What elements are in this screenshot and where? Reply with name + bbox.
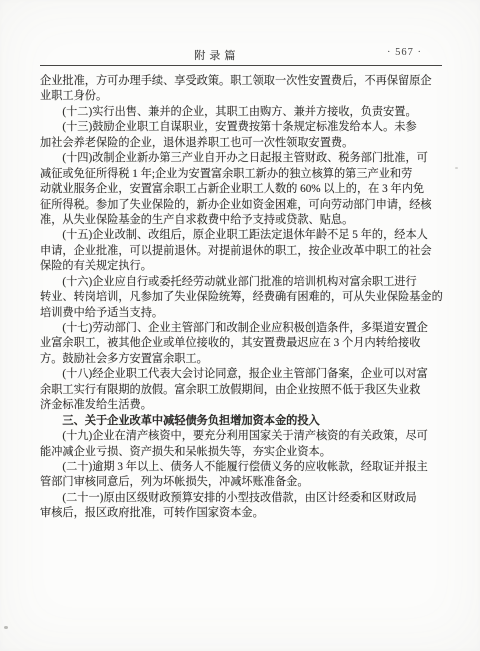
scan-speckle bbox=[455, 167, 458, 169]
text-line: 申请，企业批准，可以提前退休。对提前退休的职工，按企业改革中职工的社会 bbox=[40, 244, 442, 259]
text-line: (二十)逾期 3 年以上、债务人不能履行偿债义务的应收帐款，经取证并报主 bbox=[40, 460, 442, 475]
text-line: (十六)企业应自行或委托经劳动就业部门批准的培训机构对富余职工进行 bbox=[40, 275, 442, 290]
text-line: 转业、转岗培训，凡参加了失业保险统筹，经费确有困难的，可从失业保险基金的 bbox=[40, 290, 442, 305]
text-line: (二十一)原由区级财政预算安排的小型技改借款，由区计经委和区财政局 bbox=[40, 491, 442, 506]
scan-speckle bbox=[4, 626, 8, 629]
text-line: (十四)改制企业新办第三产业自开办之日起报主管财政、税务部门批准，可 bbox=[40, 151, 442, 166]
text-line: (十三)鼓励企业职工自谋职业，安置费按第十条规定标准发给本人。未参 bbox=[40, 120, 442, 135]
text-line: (十二)实行出售、兼并的企业，其职工由购方、兼并方接收，负责安置。 bbox=[40, 105, 442, 120]
text-line: 培训费中给予适当支持。 bbox=[40, 306, 442, 321]
text-line: (十八)经企业职工代表大会讨论同意，报企业主管部门备案，企业可以对富 bbox=[40, 367, 442, 382]
text-line: 征所得税。参加了失业保险的，新办企业如资金困难，可向劳动部门申请，经核 bbox=[40, 198, 442, 213]
text-line: 审核后，报区政府批准，可转作国家资本金。 bbox=[40, 506, 442, 521]
text-line: (十七)劳动部门、企业主管部门和改制企业应积极创造条件，多渠道安置企 bbox=[40, 321, 442, 336]
text-line: 能冲减企业亏损、资产损失和呆帐损失等，夯实企业资本。 bbox=[40, 445, 442, 460]
page-number: · 567 · bbox=[387, 47, 422, 58]
text-line: 保险的有关规定执行。 bbox=[40, 259, 442, 274]
page-content: 附录篇 · 567 · 企业批准，方可办理手续、享受政策。职工领取一次性安置费后… bbox=[40, 47, 442, 522]
text-line: (十五)企业改制、改组后，原企业职工距法定退休年龄不足 5 年的，经本人 bbox=[40, 228, 442, 243]
text-line: 三、关于企业改革中减轻债务负担增加资本金的投入 bbox=[40, 414, 442, 429]
text-line: 业职工身份。 bbox=[40, 89, 442, 104]
running-header: 附录篇 · 567 · bbox=[40, 47, 442, 63]
text-line: 管部门审核同意后，列为坏帐损失，冲减坏账准备金。 bbox=[40, 475, 442, 490]
text-line: 动就业服务企业，安置富余职工占新企业职工人数的 60% 以上的，在 3 年内免 bbox=[40, 182, 442, 197]
page-header-title: 附录篇 bbox=[194, 47, 239, 63]
text-line: 业富余职工，被其他企业或单位接收的，其安置费最迟应在 3 个月内转给接收 bbox=[40, 336, 442, 351]
text-line: (十九)企业在清产核资中，要充分利用国家关于清产核资的有关政策，尽可 bbox=[40, 429, 442, 444]
text-line: 准，从失业保险基金的生产自求救费中给予支持或贷款、贴息。 bbox=[40, 213, 442, 228]
text-line: 企业批准，方可办理手续、享受政策。职工领取一次性安置费后，不再保留原企 bbox=[40, 74, 442, 89]
document-body: 企业批准，方可办理手续、享受政策。职工领取一次性安置费后，不再保留原企业职工身份… bbox=[40, 74, 442, 522]
header-rule bbox=[40, 65, 442, 66]
text-line: 加社会养老保险的企业，退休退养职工也可一次性领取安置费。 bbox=[40, 136, 442, 151]
text-line: 余职工实行有限期的放假。富余职工放假期间，由企业按照不低于我区失业救 bbox=[40, 383, 442, 398]
scanned-book-page: 附录篇 · 567 · 企业批准，方可办理手续、享受政策。职工领取一次性安置费后… bbox=[0, 0, 480, 651]
text-line: 减征或免征所得税 1 年;企业为安置富余职工新办的独立核算的第三产业和劳 bbox=[40, 167, 442, 182]
text-line: 济金标准发给生活费。 bbox=[40, 398, 442, 413]
text-line: 方。鼓励社会多方安置富余职工。 bbox=[40, 352, 442, 367]
